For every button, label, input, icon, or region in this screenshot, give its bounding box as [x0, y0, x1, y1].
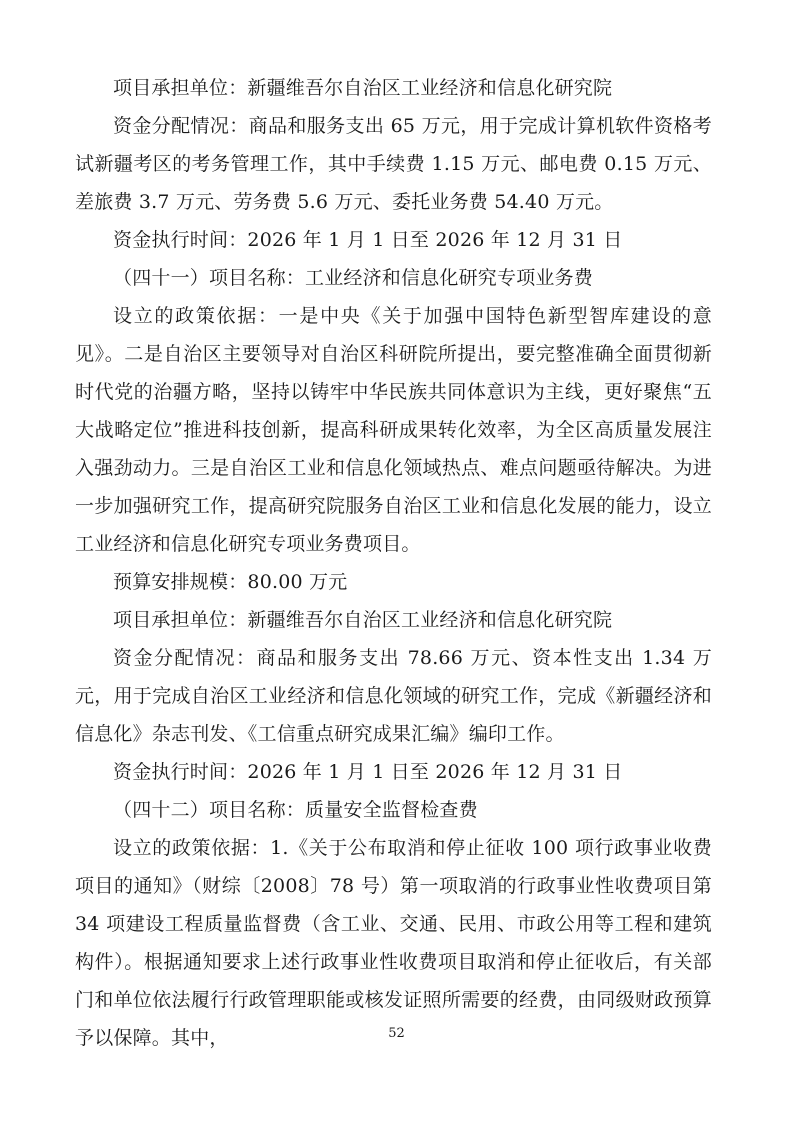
paragraph: （四十二）项目名称：质量安全监督检查费: [75, 791, 712, 829]
paragraph: （四十一）项目名称：工业经济和信息化研究专项业务费: [75, 259, 712, 297]
paragraph: 设立的政策依据：1.《关于公布取消和停止征收 100 项行政事业收费项目的通知》…: [75, 829, 712, 1057]
paragraph: 设立的政策依据：一是中央《关于加强中国特色新型智库建设的意见》。二是自治区主要领…: [75, 297, 712, 563]
document-body: 项目承担单位：新疆维吾尔自治区工业经济和信息化研究院资金分配情况：商品和服务支出…: [75, 69, 712, 1057]
paragraph: 项目承担单位：新疆维吾尔自治区工业经济和信息化研究院: [75, 69, 712, 107]
paragraph: 资金分配情况：商品和服务支出 65 万元，用于完成计算机软件资格考试新疆考区的考…: [75, 107, 712, 221]
paragraph: 资金执行时间：2026 年 1 月 1 日至 2026 年 12 月 31 日: [75, 753, 712, 791]
document-page: 项目承担单位：新疆维吾尔自治区工业经济和信息化研究院资金分配情况：商品和服务支出…: [0, 0, 793, 1122]
paragraph: 项目承担单位：新疆维吾尔自治区工业经济和信息化研究院: [75, 601, 712, 639]
paragraph: 资金分配情况：商品和服务支出 78.66 万元、资本性支出 1.34 万元，用于…: [75, 639, 712, 753]
paragraph: 资金执行时间：2026 年 1 月 1 日至 2026 年 12 月 31 日: [75, 221, 712, 259]
page-number: 52: [0, 1027, 793, 1041]
paragraph: 预算安排规模：80.00 万元: [75, 563, 712, 601]
